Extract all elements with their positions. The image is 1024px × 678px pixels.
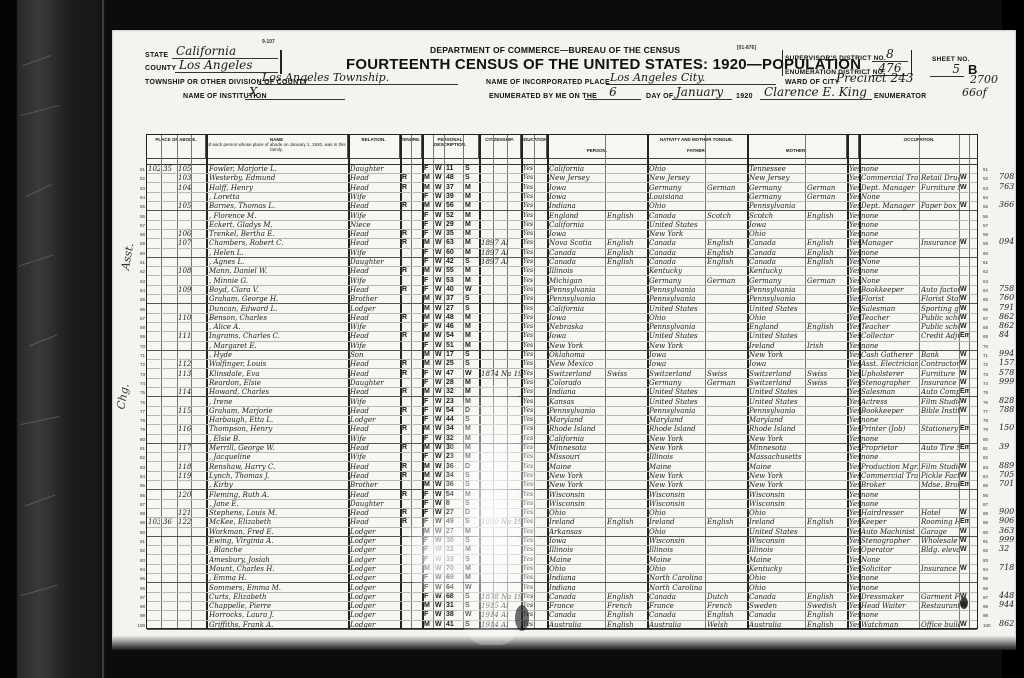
cell-industry: Bible Institute <box>921 406 959 416</box>
cell-tongue: English <box>607 517 645 527</box>
cell-birth: Australia <box>549 620 604 630</box>
line-number: 70 <box>133 342 145 351</box>
cell-tongue: English <box>607 257 645 267</box>
line-number: 78 <box>133 416 145 425</box>
cell-house: 35 <box>163 164 176 174</box>
cell-family: 104 <box>178 183 191 193</box>
cell-name: Griffiths, Frank A. <box>209 620 346 630</box>
margin-code-note: 999 <box>999 535 1014 544</box>
col-header-nativity: NATIVITY AND MOTHER TONGUE. PERSON. FATH… <box>547 135 847 159</box>
line-number-right: 94 <box>983 565 993 574</box>
ink-blot <box>515 605 529 631</box>
cell-cls: W <box>960 201 969 211</box>
col-header-personal: PERSONAL DESCRIPTION. <box>422 135 479 159</box>
margin-code-note: 758 <box>999 284 1014 293</box>
line-number: 86 <box>133 491 145 500</box>
line-number-right: 52 <box>983 174 993 183</box>
line-number-right: 69 <box>983 332 993 341</box>
enumerated-day: 6 <box>585 85 641 100</box>
line-number: 77 <box>133 407 145 416</box>
line-number: 72 <box>133 360 145 369</box>
line-number-right: 71 <box>983 351 993 360</box>
cell-family: 117 <box>178 443 191 453</box>
cell-m-tongue: English <box>807 517 845 527</box>
cell-cls: Em <box>960 424 969 434</box>
line-number-right: 58 <box>983 230 993 239</box>
line-number: 100 <box>133 621 145 630</box>
cell-f-birth: Australia <box>649 620 704 630</box>
line-number: 66 <box>133 305 145 314</box>
cell-tongue: English <box>607 211 645 221</box>
cell-industry: Mdse. Brokerage <box>921 480 959 490</box>
enumerator-note: 66of <box>958 86 991 99</box>
cell-family: 109 <box>178 285 191 295</box>
cell-cls: Em <box>960 331 969 341</box>
cell-tongue: English <box>607 620 645 630</box>
nativity-mother-label: MOTHER. <box>746 148 846 153</box>
line-number-right: 63 <box>983 277 993 286</box>
line-number: 57 <box>133 221 145 230</box>
line-number-right: 88 <box>983 509 993 518</box>
cell-tenure: R <box>402 331 411 341</box>
line-number: 87 <box>133 500 145 509</box>
margin-code-note: 708 <box>999 172 1014 181</box>
line-number: 58 <box>133 230 145 239</box>
margin-code-note: 718 <box>999 563 1014 572</box>
cell-industry: Office building <box>921 620 959 630</box>
cell-race: W <box>435 620 444 630</box>
margin-code-note: 578 <box>999 368 1014 377</box>
cell-m-tongue: German <box>807 276 845 286</box>
line-number: 62 <box>133 267 145 276</box>
cell-cls: W <box>960 564 969 574</box>
line-number: 88 <box>133 509 145 518</box>
line-number: 82 <box>133 453 145 462</box>
enumerator-name: Clarence E. King <box>760 85 872 100</box>
line-number-right: 70 <box>983 342 993 351</box>
cell-m-tongue: Swiss <box>807 378 845 388</box>
state-label: STATE <box>145 52 168 59</box>
margin-code-note: 366 <box>999 200 1014 209</box>
cell-tenure: R <box>402 183 411 193</box>
line-number: 98 <box>133 602 145 611</box>
line-number: 51 <box>133 165 145 174</box>
line-number-right: 79 <box>983 425 993 434</box>
cell-tongue: Swiss <box>607 369 645 379</box>
line-number-right: 77 <box>983 407 993 416</box>
cell-immig: 1897 Al <box>481 257 521 267</box>
cell-f-tongue: Scotch <box>707 211 745 221</box>
line-number-right: 80 <box>983 435 993 444</box>
line-number-right: 53 <box>983 184 993 193</box>
cell-cls: W <box>960 620 969 630</box>
sheet-edge <box>112 636 1016 650</box>
line-number: 75 <box>133 388 145 397</box>
line-number: 76 <box>133 398 145 407</box>
cell-house: 36 <box>163 517 176 527</box>
line-number-right: 96 <box>983 584 993 593</box>
line-number-right: 74 <box>983 379 993 388</box>
cell-sex: M <box>424 620 433 630</box>
margin-code-note: 84 <box>999 330 1009 339</box>
cell-family: 110 <box>178 313 191 323</box>
county-label: COUNTY <box>145 65 176 72</box>
enumerator-label: ENUMERATOR <box>874 93 927 100</box>
line-number: 53 <box>133 184 145 193</box>
line-number: 83 <box>133 463 145 472</box>
margin-code-note: 900 <box>999 507 1014 516</box>
col-header-citizenship: CITIZENSHIP. <box>479 135 521 159</box>
col-header-name: NAME of each person whose place of abode… <box>206 135 348 159</box>
cell-family: 107 <box>178 238 191 248</box>
margin-code-note: 094 <box>999 237 1014 246</box>
line-number: 94 <box>133 565 145 574</box>
cell-tenure: R <box>402 285 411 295</box>
cell-family: 105 <box>178 201 191 211</box>
line-number-right: 84 <box>983 472 993 481</box>
line-number-right: 66 <box>983 305 993 314</box>
line-number: 71 <box>133 351 145 360</box>
census-table: PLACE OF ABODE. NAME of each person whos… <box>146 134 978 629</box>
cell-cls: W <box>960 545 969 555</box>
line-number-right: 97 <box>983 593 993 602</box>
col-header-english <box>847 135 859 159</box>
cell-tenure: R <box>402 313 411 323</box>
cell-industry: Paper box factory <box>921 201 959 211</box>
cell-tenure: R <box>402 238 411 248</box>
line-number: 91 <box>133 537 145 546</box>
line-number: 89 <box>133 518 145 527</box>
line-number-right: 83 <box>983 463 993 472</box>
line-number-right: 55 <box>983 202 993 211</box>
film-edge <box>102 0 104 678</box>
nativity-father-label: FATHER. <box>647 148 747 153</box>
ward-value: Precinct 243 <box>832 71 940 85</box>
cell-family: 116 <box>178 424 191 434</box>
enumerated-label: ENUMERATED BY ME ON THE <box>489 93 597 100</box>
cell-street: 1029 <box>148 164 160 174</box>
state-value: California <box>172 44 278 59</box>
cell-family: 122 <box>178 517 191 527</box>
line-number: 73 <box>133 370 145 379</box>
cell-tenure: R <box>402 424 411 434</box>
cell-cls: W <box>960 183 969 193</box>
line-number: 90 <box>133 528 145 537</box>
line-number: 92 <box>133 546 145 555</box>
day-of-label: DAY OF <box>646 93 673 100</box>
line-number-right: 59 <box>983 239 993 248</box>
cell-tenure: R <box>402 387 411 397</box>
cell-family: 115 <box>178 406 191 416</box>
cell-tenure: R <box>402 490 411 500</box>
line-number-right: 61 <box>983 258 993 267</box>
cell-family: 113 <box>178 369 191 379</box>
line-number-right: 92 <box>983 546 993 555</box>
margin-code-note: 862 <box>999 312 1014 321</box>
line-number: 55 <box>133 202 145 211</box>
line-number: 68 <box>133 323 145 332</box>
line-number: 81 <box>133 444 145 453</box>
cell-f-tongue: German <box>707 183 745 193</box>
line-number-right: 87 <box>983 500 993 509</box>
cell-tenure: R <box>402 443 411 453</box>
table-row: 100Griffiths, Frank A.LodgerMW41S1914 Al… <box>147 621 977 630</box>
margin-code-note: 32 <box>999 544 1009 553</box>
margin-code-note: 999 <box>999 377 1014 386</box>
census-year: 1920 <box>736 93 753 100</box>
line-number-right: 86 <box>983 491 993 500</box>
margin-code-note: 701 <box>999 479 1014 488</box>
cell-trade: Watchman <box>861 620 918 630</box>
line-number-right: 85 <box>983 481 993 490</box>
line-number-right: 82 <box>983 453 993 462</box>
cell-f-tongue: German <box>707 276 745 286</box>
line-number-right: 81 <box>983 444 993 453</box>
line-number: 93 <box>133 556 145 565</box>
line-number-right: 51 <box>983 165 993 174</box>
margin-code-note: 906 <box>999 516 1014 525</box>
line-number-right: 78 <box>983 416 993 425</box>
cell-m-tongue: Irish <box>807 341 845 351</box>
line-number: 69 <box>133 332 145 341</box>
cell-family: 119 <box>178 471 191 481</box>
line-number-right: 60 <box>983 249 993 258</box>
cell-street: 1033 <box>148 517 160 527</box>
incorporated-value: Los Angeles City. <box>606 71 776 85</box>
cell-cls: W <box>960 406 969 416</box>
line-number: 74 <box>133 379 145 388</box>
margin-code-note: 363 <box>999 526 1014 535</box>
margin-code-note: 150 <box>999 423 1014 432</box>
line-number: 52 <box>133 174 145 183</box>
cell-m-tongue: English <box>807 322 845 332</box>
line-number-right: 89 <box>983 518 993 527</box>
cell-tenure: R <box>402 517 411 527</box>
line-number-right: 65 <box>983 295 993 304</box>
margin-code-note: 705 <box>999 470 1014 479</box>
line-number-right: 95 <box>983 574 993 583</box>
line-number: 61 <box>133 258 145 267</box>
line-number: 84 <box>133 472 145 481</box>
margin-code-note: 39 <box>999 442 1009 451</box>
cell-tenure: R <box>402 266 411 276</box>
line-number: 64 <box>133 286 145 295</box>
cell-family: 111 <box>178 331 191 341</box>
supervisor-value: 8 <box>872 47 908 62</box>
cell-tenure: R <box>402 406 411 416</box>
line-number-right: 93 <box>983 556 993 565</box>
line-number-right: 75 <box>983 388 993 397</box>
line-number-right: 72 <box>983 360 993 369</box>
line-number-right: 56 <box>983 212 993 221</box>
line-number: 96 <box>133 584 145 593</box>
cell-m-birth: Australia <box>749 620 804 630</box>
line-number: 67 <box>133 314 145 323</box>
cell-f-tongue: English <box>707 517 745 527</box>
cell-cls: Em <box>960 480 969 490</box>
line-number: 54 <box>133 193 145 202</box>
form-code: [01-876] <box>737 45 756 51</box>
line-number-right: 73 <box>983 370 993 379</box>
township-value: Los Angeles Township. <box>258 71 458 85</box>
cell-tenure: R <box>402 201 411 211</box>
cell-m-tongue: English <box>807 257 845 267</box>
margin-code-note: 862 <box>999 619 1014 628</box>
line-number-right: 99 <box>983 611 993 620</box>
line-number: 95 <box>133 574 145 583</box>
line-number: 97 <box>133 593 145 602</box>
cell-f-tongue: English <box>707 257 745 267</box>
cell-family: 120 <box>178 490 191 500</box>
nativity-person-label: PERSON. <box>547 148 647 153</box>
cell-english: Yes <box>849 620 859 630</box>
line-number: 99 <box>133 611 145 620</box>
ink-blot <box>960 597 968 609</box>
department-title: DEPARTMENT OF COMMERCE—BUREAU OF THE CEN… <box>430 45 680 55</box>
cell-industry: Auto Tire Store <box>921 443 959 453</box>
cell-industry: Bldg. elevator <box>921 545 959 555</box>
margin-code-note: 763 <box>999 182 1014 191</box>
cell-tenure: R <box>402 369 411 379</box>
cell-m-tongue: English <box>807 620 845 630</box>
line-number-right: 91 <box>983 537 993 546</box>
line-number-right: 62 <box>983 267 993 276</box>
line-number-right: 68 <box>983 323 993 332</box>
cell-relation: Lodger <box>350 620 399 630</box>
cell-tenure: R <box>402 471 411 481</box>
margin-code-note: 791 <box>999 303 1014 312</box>
margin-code-note: 889 <box>999 461 1014 470</box>
cell-industry: Restaurant <box>921 601 959 611</box>
line-number: 80 <box>133 435 145 444</box>
line-number: 65 <box>133 295 145 304</box>
cell-cls: Em <box>960 443 969 453</box>
line-number: 85 <box>133 481 145 490</box>
supervisor-label: SUPERVISOR'S DISTRICT NO. <box>785 55 886 62</box>
cell-f-tongue: Welsh <box>707 620 745 630</box>
cell-industry: Stationery Store <box>921 424 959 434</box>
cell-f-tongue: German <box>707 378 745 388</box>
cell-family: 108 <box>178 266 191 276</box>
margin-code-note: 788 <box>999 405 1014 414</box>
cell-industry: Insurance <box>921 238 959 248</box>
institution-value: X <box>245 85 345 100</box>
line-number: 56 <box>133 212 145 221</box>
line-number-right: 100 <box>983 621 993 630</box>
margin-code-note: 944 <box>999 600 1014 609</box>
margin-code-note: 862 <box>999 321 1014 330</box>
ward-note: 2700 <box>966 73 1002 86</box>
margin-code-note: 448 <box>999 591 1014 600</box>
margin-code-note: 994 <box>999 349 1014 358</box>
cell-cls: W <box>960 238 969 248</box>
margin-code-note: 760 <box>999 293 1014 302</box>
nativity-header-label: NATIVITY AND MOTHER TONGUE. <box>660 137 733 142</box>
col-header-relation: RELATION. <box>348 135 400 159</box>
enumerated-month: January <box>672 85 732 100</box>
name-header-subtitle: of each person whose place of abode on J… <box>207 142 345 152</box>
cell-industry: Insurance Co. <box>921 564 959 574</box>
cell-industry: Credit Adjustment <box>921 331 959 341</box>
line-number-right: 76 <box>983 398 993 407</box>
cell-m-tongue: English <box>807 211 845 221</box>
cell-m-tongue: German <box>807 192 845 202</box>
margin-code-note: 157 <box>999 358 1014 367</box>
cell-family: 114 <box>178 387 191 397</box>
line-number-right: 64 <box>983 286 993 295</box>
paper-smudge <box>407 515 467 595</box>
line-number-right: 54 <box>983 193 993 202</box>
film-strip-margin <box>0 0 108 678</box>
cell-immig: 1874 Na 1900 <box>481 369 521 379</box>
line-number-right: 90 <box>983 528 993 537</box>
line-number: 63 <box>133 277 145 286</box>
line-number-right: 57 <box>983 221 993 230</box>
line-number: 79 <box>133 425 145 434</box>
cell-industry: Furniture Store <box>921 183 959 193</box>
margin-code-note: 828 <box>999 396 1014 405</box>
column-header-band: PLACE OF ABODE. NAME of each person whos… <box>147 135 977 159</box>
line-number-right: 98 <box>983 602 993 611</box>
line-number-right: 67 <box>983 314 993 323</box>
